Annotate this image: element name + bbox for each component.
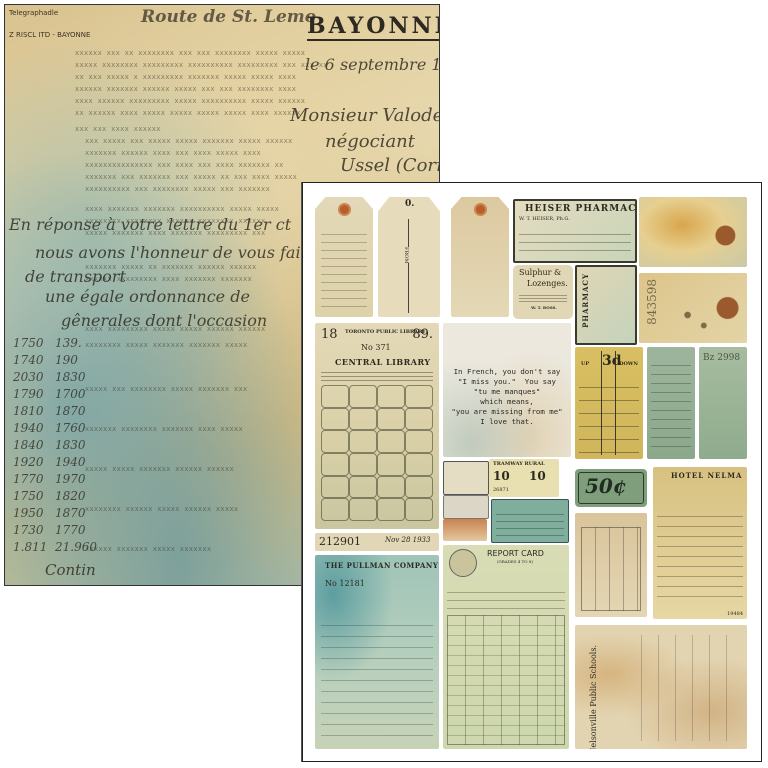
header-small-1: Telegraphadle [9, 9, 58, 17]
header-center: Route de St. Lemo [141, 7, 316, 27]
ledger-column-1: 1750 1740 2030 1790 1810 1940 1840 1920 … [13, 335, 47, 556]
script-line-5: gênerales dont l'occasion [61, 311, 267, 330]
library-card: 18 89. TORONTO PUBLIC LIBRARY No 371 CEN… [315, 323, 439, 529]
script-line-2: nous avons l'honneur de vous faire [35, 243, 318, 262]
from-tag: 0. FROM [378, 197, 440, 317]
small-ticket-3 [443, 519, 487, 541]
pharmacy-vertical-label: PHARMACY [575, 265, 637, 345]
teal-ticket [491, 499, 569, 543]
tramway-rural-ticket: TRAMWAY RURAL 10 10 26871 [489, 459, 559, 497]
script-line-3: de transport [25, 267, 126, 286]
right-paper-sheet: 0. FROM HEISER PHARMACY W. T. HEISER, Ph… [302, 182, 762, 762]
script-city: Ussel (Corrèze) [340, 155, 440, 176]
header-small-2: Z RISCL ITD - BAYONNE [9, 31, 90, 39]
pharmacy-receipt: HEISER PHARMACY W. T. HEISER, Ph.G. [513, 199, 637, 263]
tag-number: 0. [405, 199, 414, 209]
script-footer: Contin [45, 561, 96, 579]
hotel-bill: HOTEL NELMA 19484 [653, 467, 747, 619]
script-occupation: négociant [325, 131, 415, 152]
stained-receipt [575, 513, 647, 617]
tag-label: FROM [403, 247, 409, 263]
report-card: REPORT CARD (GRADES 4 TO 8) [443, 545, 569, 749]
script-line-1: En réponse à votre lettre du 1er ct [9, 215, 291, 234]
spotted-number-card: 843598 [639, 273, 747, 343]
school-record: Nelsonville Public Schools. [575, 625, 747, 749]
small-ticket-1 [443, 461, 489, 495]
script-recipient: Monsieur Valode [290, 105, 440, 126]
ledger-tag [315, 197, 373, 317]
pullman-receipt: THE PULLMAN COMPANY No 12181 [315, 555, 439, 749]
script-line-4: une égale ordonnance de [45, 287, 250, 306]
library-card-grid [321, 385, 433, 521]
fifty-cent-ticket: 50¢ [575, 469, 647, 507]
french-quote-card: In French, you don't say "I miss you." Y… [443, 323, 571, 457]
rust-stamp-card [639, 197, 747, 267]
quote-text: In French, you don't say "I miss you." Y… [443, 367, 571, 427]
number-strip: 212901 Nov 28 1933 [315, 533, 439, 551]
blank-tag [451, 197, 509, 317]
small-ticket-2 [443, 495, 489, 519]
ledger-column-2: 139. 190 1830 1700 1870 1760 1830 1940 1… [55, 335, 97, 556]
sulphur-lozenges-label: Sulphur & Lozenges. W. T. ROSS. [513, 265, 573, 319]
header-bayonne: BAYONNE [307, 13, 440, 41]
tram-ticket-3d: UP 3d DOWN [575, 347, 643, 459]
green-numbered-ticket: Bz 2998 [699, 347, 747, 459]
green-ticket [647, 347, 695, 459]
script-date: le 6 septembre 1912 [305, 55, 440, 74]
